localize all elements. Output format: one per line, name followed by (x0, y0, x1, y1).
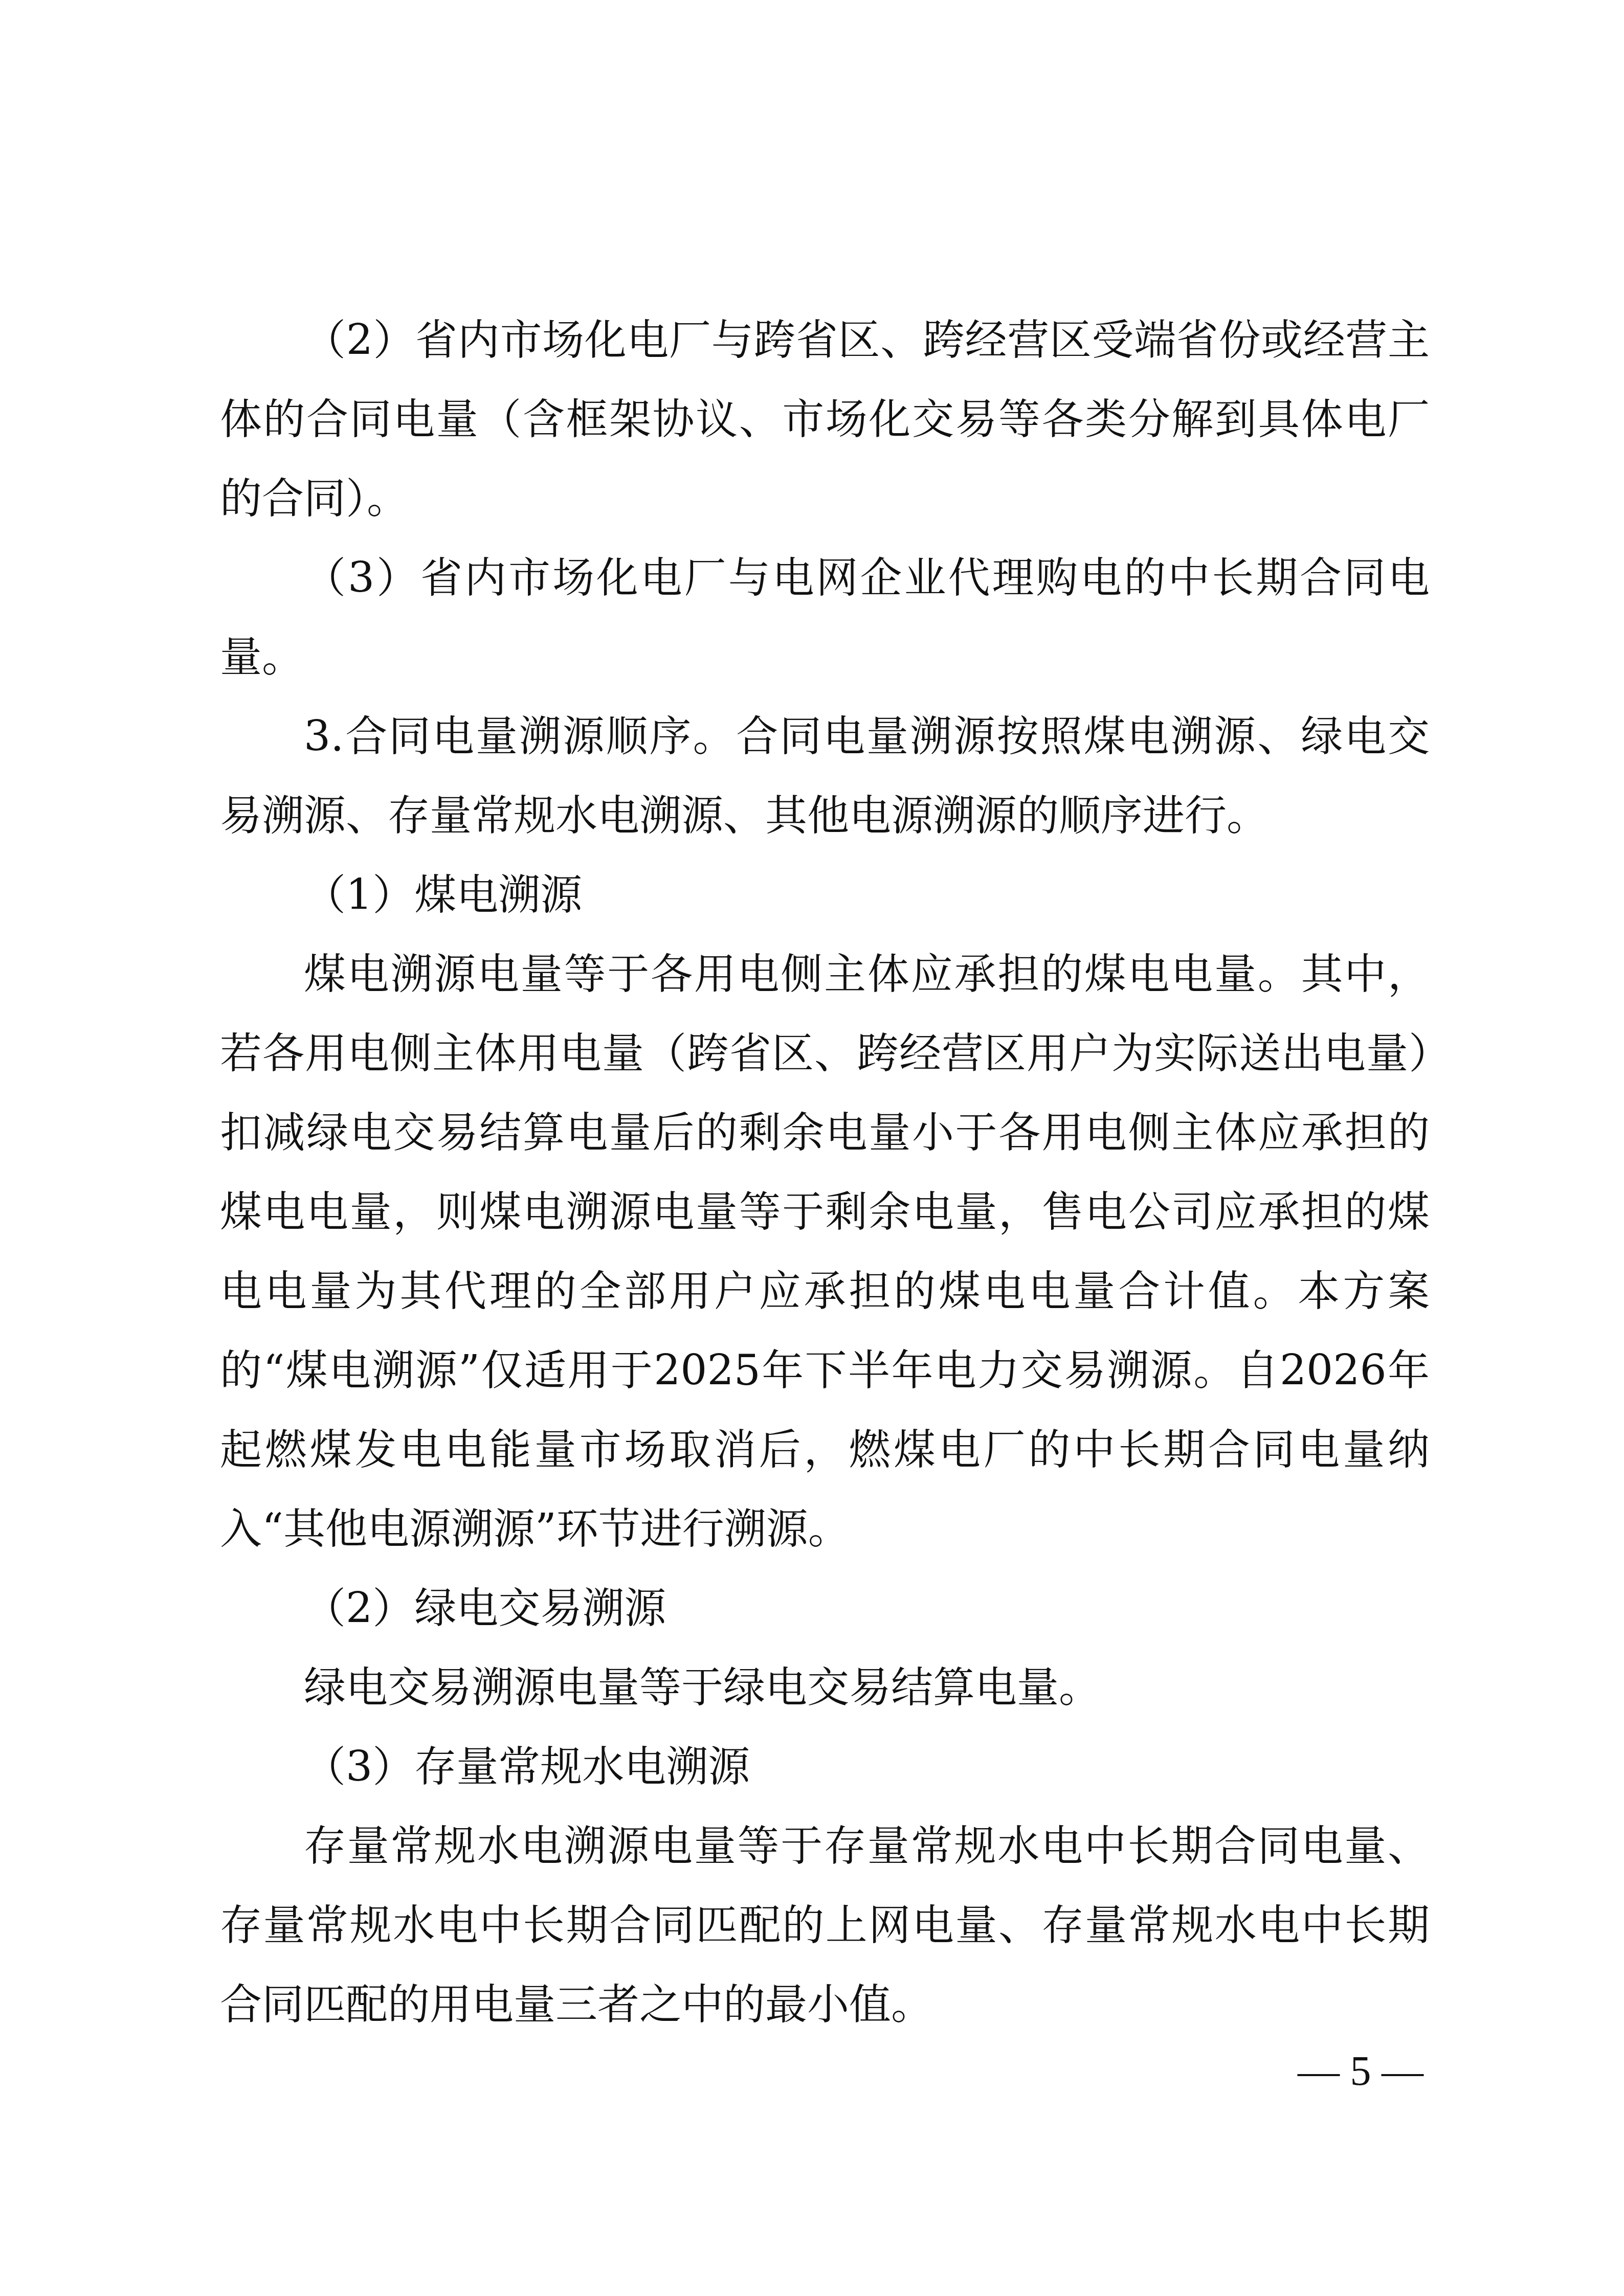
heading-green-power-tracing: （2）绿电交易溯源 (220, 1569, 1430, 1648)
document-page: （2）省内市场化电厂与跨省区、跨经营区受端省份或经营主体的合同电量（含框架协议、… (0, 0, 1624, 2296)
paragraph-coal-power-tracing: 煤电溯源电量等于各用电侧主体应承担的煤电电量。其中，若各用电侧主体用电量（跨省区… (220, 935, 1430, 1569)
paragraph-green-power-tracing: 绿电交易溯源电量等于绿电交易结算电量。 (220, 1648, 1430, 1727)
page-number: — 5 — (1294, 2045, 1427, 2097)
paragraph-hydro-power-tracing: 存量常规水电溯源电量等于存量常规水电中长期合同电量、存量常规水电中长期合同匹配的… (220, 1807, 1430, 2044)
heading-hydro-power-tracing: （3）存量常规水电溯源 (220, 1727, 1430, 1807)
paragraph-item-2: （2）省内市场化电厂与跨省区、跨经营区受端省份或经营主体的合同电量（含框架协议、… (220, 301, 1430, 538)
heading-coal-power-tracing: （1）煤电溯源 (220, 856, 1430, 935)
document-body: （2）省内市场化电厂与跨省区、跨经营区受端省份或经营主体的合同电量（含框架协议、… (220, 301, 1430, 2044)
paragraph-item-3: （3）省内市场化电厂与电网企业代理购电的中长期合同电量。 (220, 538, 1430, 697)
paragraph-tracing-order: 3.合同电量溯源顺序。合同电量溯源按照煤电溯源、绿电交易溯源、存量常规水电溯源、… (220, 697, 1430, 856)
